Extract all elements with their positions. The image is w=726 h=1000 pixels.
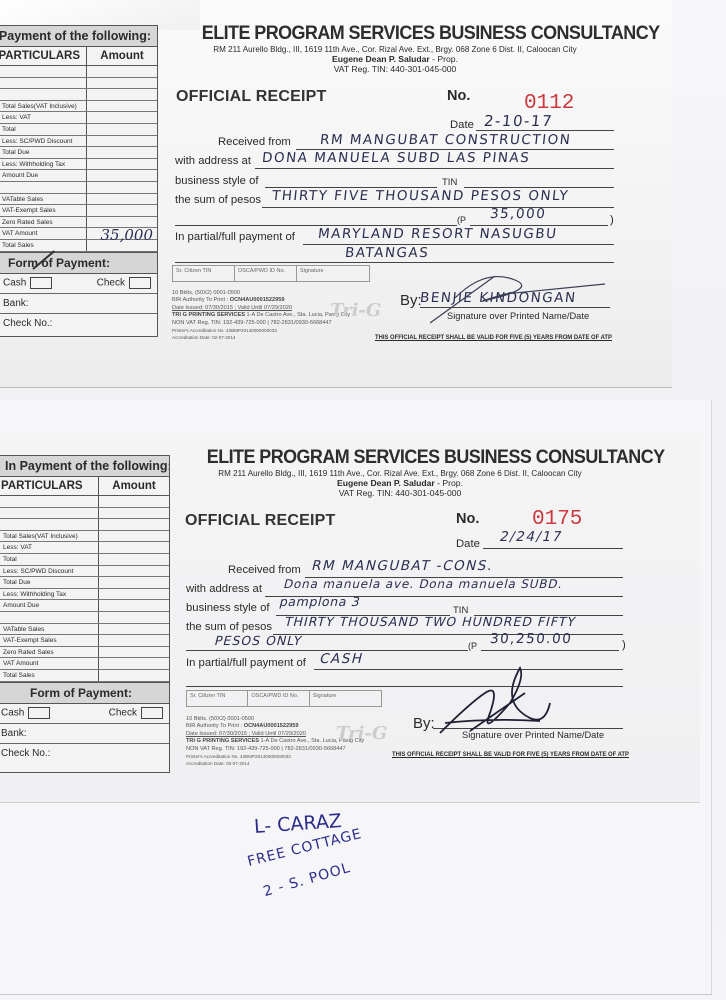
- particulars-row-label: Total: [0, 124, 87, 135]
- printer-logo: Tri-G: [330, 300, 381, 321]
- particulars-row-amount: [87, 89, 157, 100]
- particulars-row: VAT Amount: [0, 658, 169, 670]
- particulars-row-label: [0, 78, 87, 89]
- particulars-row: Total Sales: [0, 670, 169, 682]
- particulars-row-label: [0, 496, 99, 507]
- particulars-row: Total: [0, 554, 169, 566]
- particulars-row: [0, 78, 157, 90]
- business-style-value: pamplona 3: [278, 594, 362, 609]
- particulars-row-amount: [87, 182, 157, 193]
- receipt-number-label: No.: [447, 88, 470, 104]
- company-address: RM 211 Aurello Bldg., III, 1619 11th Ave…: [198, 44, 593, 54]
- particulars-row: [0, 519, 169, 531]
- particulars-col-header: PARTICULARS: [0, 477, 99, 495]
- particulars-row: Total Sales35,000: [0, 240, 157, 252]
- sum-label: the sum of pesos: [186, 621, 272, 633]
- form-of-payment-options: Cash Check: [0, 704, 169, 724]
- sum-words-value-2: PESOS ONLY: [213, 633, 304, 648]
- particulars-row-label: [0, 66, 87, 77]
- particulars-row-label: Zero Rated Sales: [0, 647, 99, 658]
- particulars-row-label: Less: SC/PWD Discount: [0, 136, 87, 147]
- printer-line: Accreditation Date: 02-07-2014: [186, 760, 364, 767]
- form-of-payment-options: Cash Check: [0, 274, 157, 294]
- particulars-row: [0, 182, 157, 194]
- address-value: Dona manuela ave. Dona manuela SUBD.: [282, 577, 564, 591]
- particulars-row-amount: [99, 647, 169, 658]
- received-from-value: RM MANGUBAT CONSTRUCTION: [319, 132, 572, 148]
- particulars-row-amount: [99, 670, 169, 681]
- receipt-header: ELITE PROGRAM SERVICES BUSINESS CONSULTA…: [185, 22, 605, 74]
- vat-tin: VAT Reg. TIN: 440-301-045-000: [190, 488, 610, 498]
- particulars-row-amount: [99, 577, 169, 588]
- particulars-row-amount: [99, 600, 169, 611]
- particulars-row-label: [0, 519, 99, 530]
- validity-notice: THIS OFFICIAL RECEIPT SHALL BE VALID FOR…: [392, 751, 629, 758]
- particulars-row-amount: [99, 635, 169, 646]
- cash-option[interactable]: Cash: [3, 277, 52, 289]
- particulars-row-amount: [99, 519, 169, 530]
- particulars-row: [0, 508, 169, 520]
- particulars-row: Less: SC/PWD Discount: [0, 566, 169, 578]
- particulars-row: VAT-Exempt Sales: [0, 205, 157, 217]
- date-value: 2/24/17: [498, 529, 565, 545]
- particulars-row-amount: [87, 112, 157, 123]
- date-line: [483, 548, 623, 549]
- particulars-row-label: Total Sales: [0, 240, 87, 251]
- received-from-value: RM MANGUBAT -CONS.: [310, 558, 496, 574]
- business-style-label: business style of: [175, 175, 259, 187]
- particulars-panel: In Payment of the following: PARTICULARS…: [0, 455, 170, 773]
- payment-of-line-2: [175, 262, 614, 263]
- received-from-label: Received from: [228, 564, 301, 576]
- peso-close: ): [610, 214, 614, 226]
- particulars-row-label: VAT Amount: [0, 658, 99, 669]
- particulars-row-label: [0, 89, 87, 100]
- particulars-row: Total Sales(VAT Inclusive): [0, 531, 169, 543]
- form-of-payment-title: Form of Payment:: [0, 252, 157, 274]
- bank-label: Bank:: [1, 728, 27, 739]
- peso-label: (P: [468, 641, 477, 651]
- date-value: 2-10-17: [483, 112, 554, 130]
- bank-label: Bank:: [3, 298, 29, 309]
- tin-label: TIN: [442, 177, 457, 188]
- check-checkbox[interactable]: [141, 707, 163, 719]
- check-no-label: Check No.:: [3, 318, 52, 329]
- check-option[interactable]: Check: [109, 707, 163, 719]
- by-label: By:: [400, 292, 422, 309]
- signature-caption: Signature over Printed Name/Date: [447, 311, 589, 321]
- date-label: Date: [456, 538, 480, 550]
- particulars-row: Amount Due: [0, 170, 157, 182]
- particulars-row-label: Total Sales(VAT Inclusive): [0, 531, 99, 542]
- particulars-row-amount: [87, 124, 157, 135]
- printer-line: NON VAT Reg. TIN: 192-439-725-000 | 782-…: [172, 320, 350, 327]
- receipt-title: OFFICIAL RECEIPT: [185, 512, 335, 530]
- particulars-row-label: [0, 182, 87, 193]
- particulars-row-label: Total Sales(VAT Inclusive): [0, 101, 87, 112]
- senior-table-cell: Sr. Citizen TIN: [173, 266, 235, 281]
- payment-of-label: In partial/full payment of: [186, 657, 306, 669]
- particulars-row: Total Sales(VAT Inclusive): [0, 101, 157, 113]
- company-name: ELITE PROGRAM SERVICES BUSINESS CONSULTA…: [207, 446, 593, 469]
- particulars-row-amount: [87, 159, 157, 170]
- particulars-row-amount: [99, 542, 169, 553]
- business-style-label: business style of: [186, 602, 270, 614]
- particulars-row-label: Amount Due: [0, 170, 87, 181]
- check-label: Check: [109, 708, 137, 719]
- payment-of-label: In partial/full payment of: [175, 231, 295, 243]
- senior-table-cell: OSCA/PWD ID No.: [235, 266, 297, 281]
- particulars-title: In Payment of the following:: [0, 456, 169, 477]
- receipt-title: OFFICIAL RECEIPT: [176, 88, 326, 106]
- particulars-row-label: VATable Sales: [0, 624, 99, 635]
- printer-line: Printer's Accreditation No. 43BMP2014000…: [172, 327, 350, 334]
- particulars-row-label: [0, 612, 99, 623]
- check-no-field: Check No.:: [0, 314, 157, 334]
- printer-line: Date Issued: 07/30/2015 ; Valid Until 07…: [172, 305, 350, 312]
- particulars-row-label: Total Due: [0, 577, 99, 588]
- sum-label: the sum of pesos: [175, 194, 261, 206]
- check-option[interactable]: Check: [97, 277, 151, 289]
- sum-words-value: THIRTY THOUSAND TWO HUNDRED FIFTY: [283, 614, 578, 629]
- printer-line: Printer's Accreditation No. 43BMP2014000…: [186, 753, 364, 760]
- particulars-row: Less: VAT: [0, 542, 169, 554]
- particulars-row-amount: [99, 566, 169, 577]
- payment-of-value: MARYLAND RESORT NASUGBU: [317, 226, 558, 242]
- company-name: ELITE PROGRAM SERVICES BUSINESS CONSULTA…: [202, 22, 588, 45]
- date-line: [476, 130, 614, 131]
- address-label: with address at: [186, 583, 262, 595]
- printer-line: 10 Bklts. (50X2) 0001-0500: [172, 290, 350, 297]
- particulars-col-header: PARTICULARS: [0, 47, 87, 65]
- signature-caption: Signature over Printed Name/Date: [462, 730, 604, 740]
- particulars-row-label: VAT-Exempt Sales: [0, 635, 99, 646]
- particulars-row-label: Total: [0, 554, 99, 565]
- bank-field: Bank:: [0, 294, 157, 314]
- printer-line: Accreditation Date: 02-07-2014: [172, 334, 350, 341]
- printer-logo: Tri-G: [336, 723, 387, 744]
- printer-info: 10 Bklts. (50X2) 0001-0500BIR Authority …: [172, 290, 350, 342]
- bank-field: Bank:: [0, 724, 169, 744]
- form-of-payment-title: Form of Payment:: [0, 682, 169, 704]
- sum-words-value: THIRTY FIVE THOUSAND PESOS ONLY: [271, 188, 570, 204]
- particulars-row-amount: [99, 531, 169, 542]
- particulars-row: [0, 612, 169, 624]
- particulars-panel: In Payment of the following: PARTICULARS…: [0, 25, 158, 337]
- particulars-row: Total: [0, 124, 157, 136]
- senior-table-cell: Signature: [310, 691, 381, 706]
- particulars-row-amount: [87, 194, 157, 205]
- sum-line: [262, 207, 614, 208]
- particulars-row-label: Amount Due: [0, 600, 99, 611]
- particulars-row-label: Total Due: [0, 147, 87, 158]
- particulars-row-amount: [99, 612, 169, 623]
- particulars-row-amount: 35,000: [87, 240, 157, 251]
- amount-value: 35,000: [489, 206, 547, 222]
- company-address: RM 211 Aurello Bldg., III, 1619 11th Ave…: [203, 468, 598, 478]
- particulars-row-amount: [99, 624, 169, 635]
- official-receipt-1: In Payment of the following: PARTICULARS…: [0, 0, 672, 388]
- particulars-row: Zero Rated Sales: [0, 647, 169, 659]
- particulars-header: PARTICULARS Amount: [0, 47, 157, 66]
- particulars-row-amount: [87, 170, 157, 181]
- date-label: Date: [450, 119, 474, 131]
- particulars-row: Total Due: [0, 577, 169, 589]
- amount-col-header: Amount: [99, 477, 169, 495]
- particulars-row: Less: Withholding Tax: [0, 589, 169, 601]
- peso-label: (P: [457, 215, 466, 225]
- printer-line: TRI G PRINTING SERVICES 1-A De Castro Av…: [172, 312, 350, 319]
- address-label: with address at: [175, 155, 251, 167]
- particulars-row-amount: [87, 205, 157, 216]
- particulars-row-amount: [87, 78, 157, 89]
- particulars-row-amount: [87, 147, 157, 158]
- senior-table-cell: Signature: [297, 266, 369, 281]
- particulars-row-amount: [99, 508, 169, 519]
- particulars-row-amount: [99, 658, 169, 669]
- particulars-row: VATable Sales: [0, 624, 169, 636]
- printer-line: BIR Authority To Print : OCN4AU000152295…: [172, 297, 350, 304]
- particulars-row-label: Less: Withholding Tax: [0, 589, 99, 600]
- particulars-row: Amount Due: [0, 600, 169, 612]
- particulars-row-amount: [99, 554, 169, 565]
- payment-of-value: CASH: [318, 651, 365, 667]
- cash-label: Cash: [3, 278, 26, 289]
- particulars-row-label: VATable Sales: [0, 194, 87, 205]
- particulars-row-amount: [87, 101, 157, 112]
- total-amount-handwritten: 35,000: [101, 230, 154, 241]
- amount-line: [481, 650, 619, 651]
- payment-of-value-2: BATANGAS: [344, 245, 430, 261]
- particulars-row: VATable Sales: [0, 194, 157, 206]
- address-value: DONA MANUELA SUBD LAS PINAS: [261, 150, 531, 166]
- receipt-number: 0175: [532, 508, 582, 531]
- peso-close: ): [622, 639, 626, 651]
- senior-citizen-table: Sr. Citizen TINOSCA/PWD ID No.Signature: [172, 265, 370, 282]
- particulars-row-label: VAT Amount: [0, 228, 87, 239]
- particulars-row-label: Total Sales: [0, 670, 99, 681]
- particulars-row-label: Zero Rated Sales: [0, 217, 87, 228]
- particulars-row-amount: [87, 66, 157, 77]
- particulars-row-label: [0, 508, 99, 519]
- senior-table-cell: OSCA/PWD ID No.: [248, 691, 309, 706]
- amount-col-header: Amount: [87, 47, 157, 65]
- particulars-rows: Total Sales(VAT Inclusive)Less: VATTotal…: [0, 496, 169, 682]
- senior-table-cell: Sr. Citizen TIN: [187, 691, 248, 706]
- check-no-field: Check No.:: [0, 744, 169, 764]
- particulars-row: [0, 89, 157, 101]
- senior-citizen-table: Sr. Citizen TINOSCA/PWD ID No.Signature: [186, 690, 382, 707]
- particulars-row: [0, 66, 157, 78]
- check-no-label: Check No.:: [1, 748, 50, 759]
- particulars-rows: Total Sales(VAT Inclusive)Less: VATTotal…: [0, 66, 157, 252]
- printer-line: NON VAT Reg. TIN: 192-439-725-000 | 782-…: [186, 746, 364, 753]
- particulars-row: [0, 496, 169, 508]
- cash-option[interactable]: Cash: [1, 707, 50, 719]
- validity-notice: THIS OFFICIAL RECEIPT SHALL BE VALID FOR…: [375, 334, 612, 341]
- check-checkbox[interactable]: [129, 277, 151, 289]
- official-receipt-2: In Payment of the following: PARTICULARS…: [0, 438, 700, 803]
- particulars-row-label: Less: SC/PWD Discount: [0, 566, 99, 577]
- particulars-row: Less: SC/PWD Discount: [0, 136, 157, 148]
- proprietor: Eugene Dean P. Saludar - Prop.: [190, 478, 610, 488]
- proprietor: Eugene Dean P. Saludar - Prop.: [185, 54, 605, 64]
- particulars-title: In Payment of the following:: [0, 26, 157, 47]
- particulars-row-label: Less: VAT: [0, 112, 87, 123]
- address-line: [255, 168, 614, 169]
- particulars-row-label: VAT-Exempt Sales: [0, 205, 87, 216]
- particulars-row-label: Less: VAT: [0, 542, 99, 553]
- particulars-row: Less: VAT: [0, 112, 157, 124]
- particulars-header: PARTICULARS Amount: [0, 477, 169, 496]
- particulars-row-amount: [87, 136, 157, 147]
- vat-tin: VAT Reg. TIN: 440-301-045-000: [185, 64, 605, 74]
- particulars-row-amount: [99, 496, 169, 507]
- cash-checkbox[interactable]: [30, 277, 52, 289]
- received-from-label: Received from: [218, 136, 291, 148]
- particulars-row: Less: Withholding Tax: [0, 159, 157, 171]
- particulars-row-label: Less: Withholding Tax: [0, 159, 87, 170]
- cash-label: Cash: [1, 708, 24, 719]
- amount-value: 30,250.00: [489, 631, 573, 647]
- cash-checkbox[interactable]: [28, 707, 50, 719]
- particulars-row: VAT-Exempt Sales: [0, 635, 169, 647]
- receipt-number-label: No.: [456, 511, 479, 527]
- particulars-row-amount: [99, 589, 169, 600]
- check-label: Check: [97, 278, 125, 289]
- receipt-header: ELITE PROGRAM SERVICES BUSINESS CONSULTA…: [190, 446, 610, 498]
- particulars-row: Total Due: [0, 147, 157, 159]
